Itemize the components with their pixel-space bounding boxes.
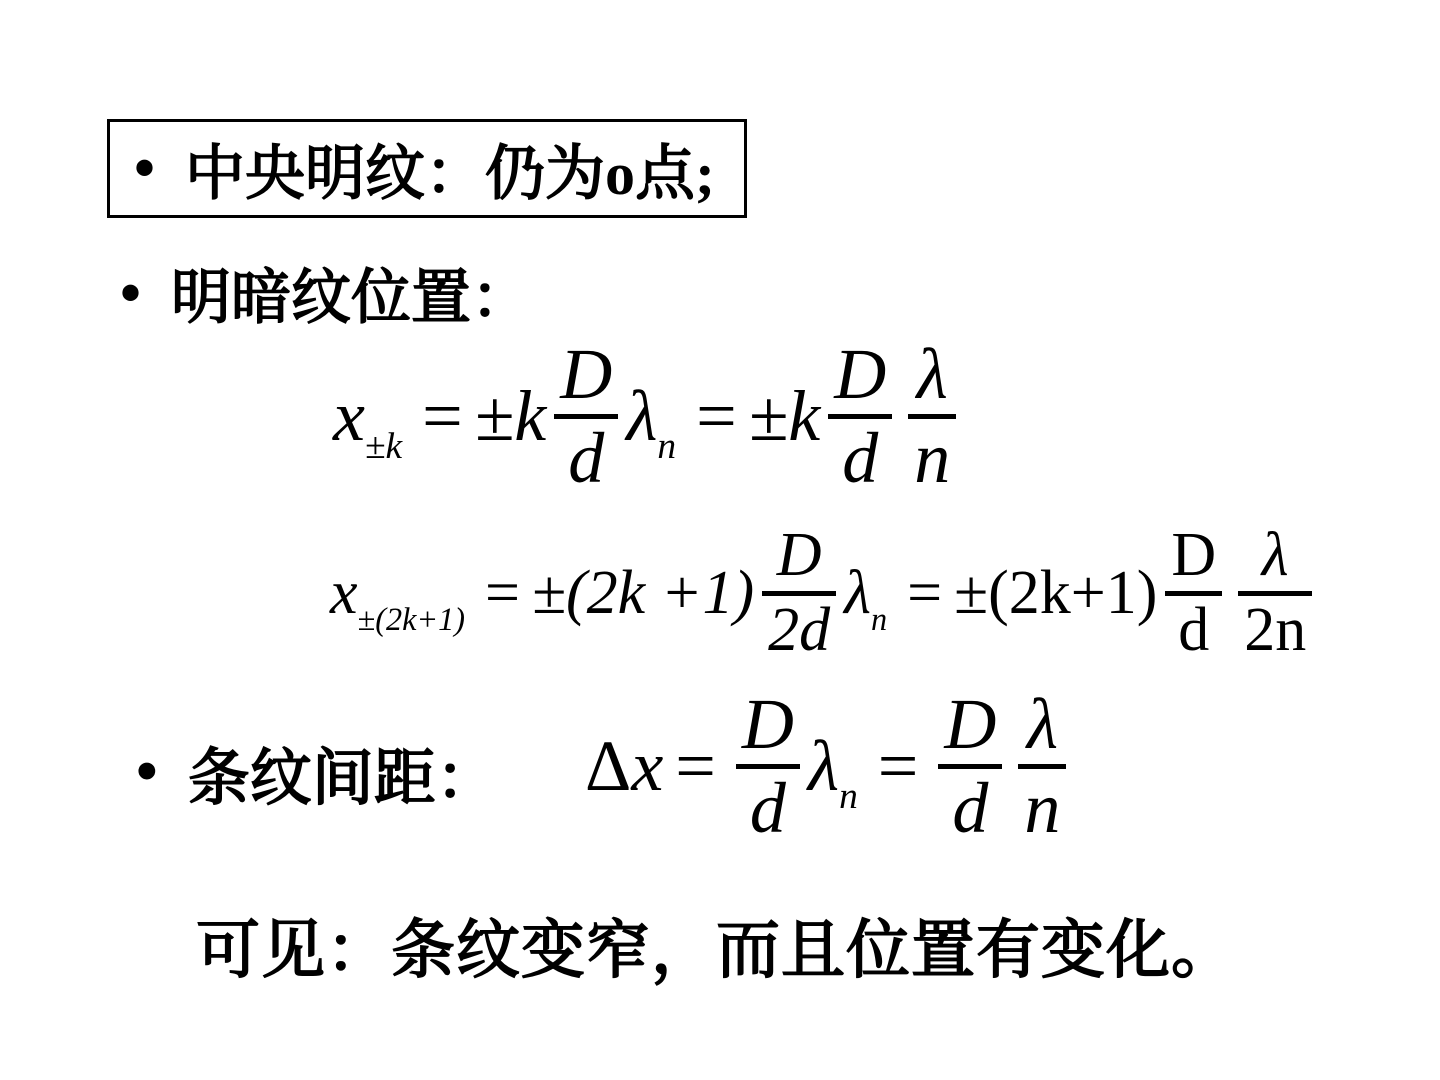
math-symbol: = <box>878 725 919 808</box>
conclusion-text: 可见：条纹变窄，而且位置有变化。 <box>196 899 1236 991</box>
fraction-numerator: D <box>938 692 1002 764</box>
fraction-denominator: d <box>836 419 884 491</box>
bullet-icon: • <box>120 259 141 328</box>
slide: • 中央明纹：仍为o点; • 明暗纹位置： x±k=±kDdλn=±kDdλn … <box>0 0 1440 1080</box>
math-symbol: ±(2k +1) <box>532 558 754 629</box>
fraction-numerator: λ <box>911 342 954 414</box>
fraction-numerator: λ <box>1021 692 1064 764</box>
fringe-positions-row: • 明暗纹位置： <box>120 250 531 336</box>
math-symbol: ±k <box>475 375 546 458</box>
fraction-denominator: n <box>1018 769 1066 841</box>
math-subscript: ±k <box>365 425 402 468</box>
bullet-icon: • <box>134 134 155 203</box>
formula-fringe-spacing: Δx=Ddλn=Ddλn <box>585 692 1074 841</box>
math-fraction: Dd <box>554 342 618 491</box>
fraction-numerator: D <box>828 342 892 414</box>
math-fraction: λn <box>1018 692 1066 841</box>
math-subscript: ±(2k+1) <box>358 601 465 638</box>
formula-bright-fringe-position: x±k=±kDdλn=±kDdλn <box>333 342 964 491</box>
math-fraction: Dd <box>1165 528 1222 659</box>
fraction-denominator: d <box>946 769 994 841</box>
math-subscript: n <box>871 601 887 638</box>
math-symbol: x <box>333 375 365 458</box>
fraction-numerator: D <box>736 692 800 764</box>
math-symbol: λ <box>808 725 839 808</box>
math-symbol: λ <box>626 375 657 458</box>
fraction-numerator: D <box>771 528 828 591</box>
fringe-positions-label: 明暗纹位置： <box>171 250 531 336</box>
fraction-denominator: d <box>744 769 792 841</box>
fraction-denominator: 2n <box>1238 596 1312 659</box>
math-fraction: D2d <box>762 528 836 659</box>
fraction-numerator: D <box>554 342 618 414</box>
math-symbol: ±k <box>749 375 820 458</box>
fraction-numerator: D <box>1165 528 1222 591</box>
math-symbol: = <box>675 725 716 808</box>
math-symbol: = <box>422 375 463 458</box>
math-symbol: = <box>696 375 737 458</box>
math-symbol: = <box>485 558 520 629</box>
math-fraction: Dd <box>828 342 892 491</box>
math-symbol: ±(2k+1) <box>954 558 1157 629</box>
formula-dark-fringe-position: x±(2k+1)=±(2k +1)D2dλn=±(2k+1)Ddλ2n <box>330 528 1320 659</box>
math-subscript: n <box>657 425 676 468</box>
central-bright-fringe-label: 中央明纹：仍为o点; <box>185 126 715 212</box>
math-fraction: λ2n <box>1238 528 1312 659</box>
math-subscript: n <box>839 775 858 818</box>
math-symbol: Δ <box>585 725 631 808</box>
math-fraction: Dd <box>736 692 800 841</box>
math-fraction: λn <box>908 342 956 491</box>
fraction-denominator: d <box>562 419 610 491</box>
math-symbol: = <box>907 558 942 629</box>
highlight-box: • 中央明纹：仍为o点; <box>107 119 747 218</box>
math-fraction: Dd <box>938 692 1002 841</box>
fringe-spacing-label: 条纹间距： <box>188 728 498 817</box>
math-symbol: λ <box>844 558 871 629</box>
fraction-denominator: 2d <box>762 596 836 659</box>
bullet-icon: • <box>136 737 158 808</box>
math-symbol: x <box>631 725 663 808</box>
fraction-numerator: λ <box>1256 528 1295 591</box>
math-symbol: x <box>330 558 358 629</box>
fringe-spacing-row: • 条纹间距： <box>136 728 498 817</box>
fraction-denominator: n <box>908 419 956 491</box>
fraction-denominator: d <box>1172 596 1215 659</box>
